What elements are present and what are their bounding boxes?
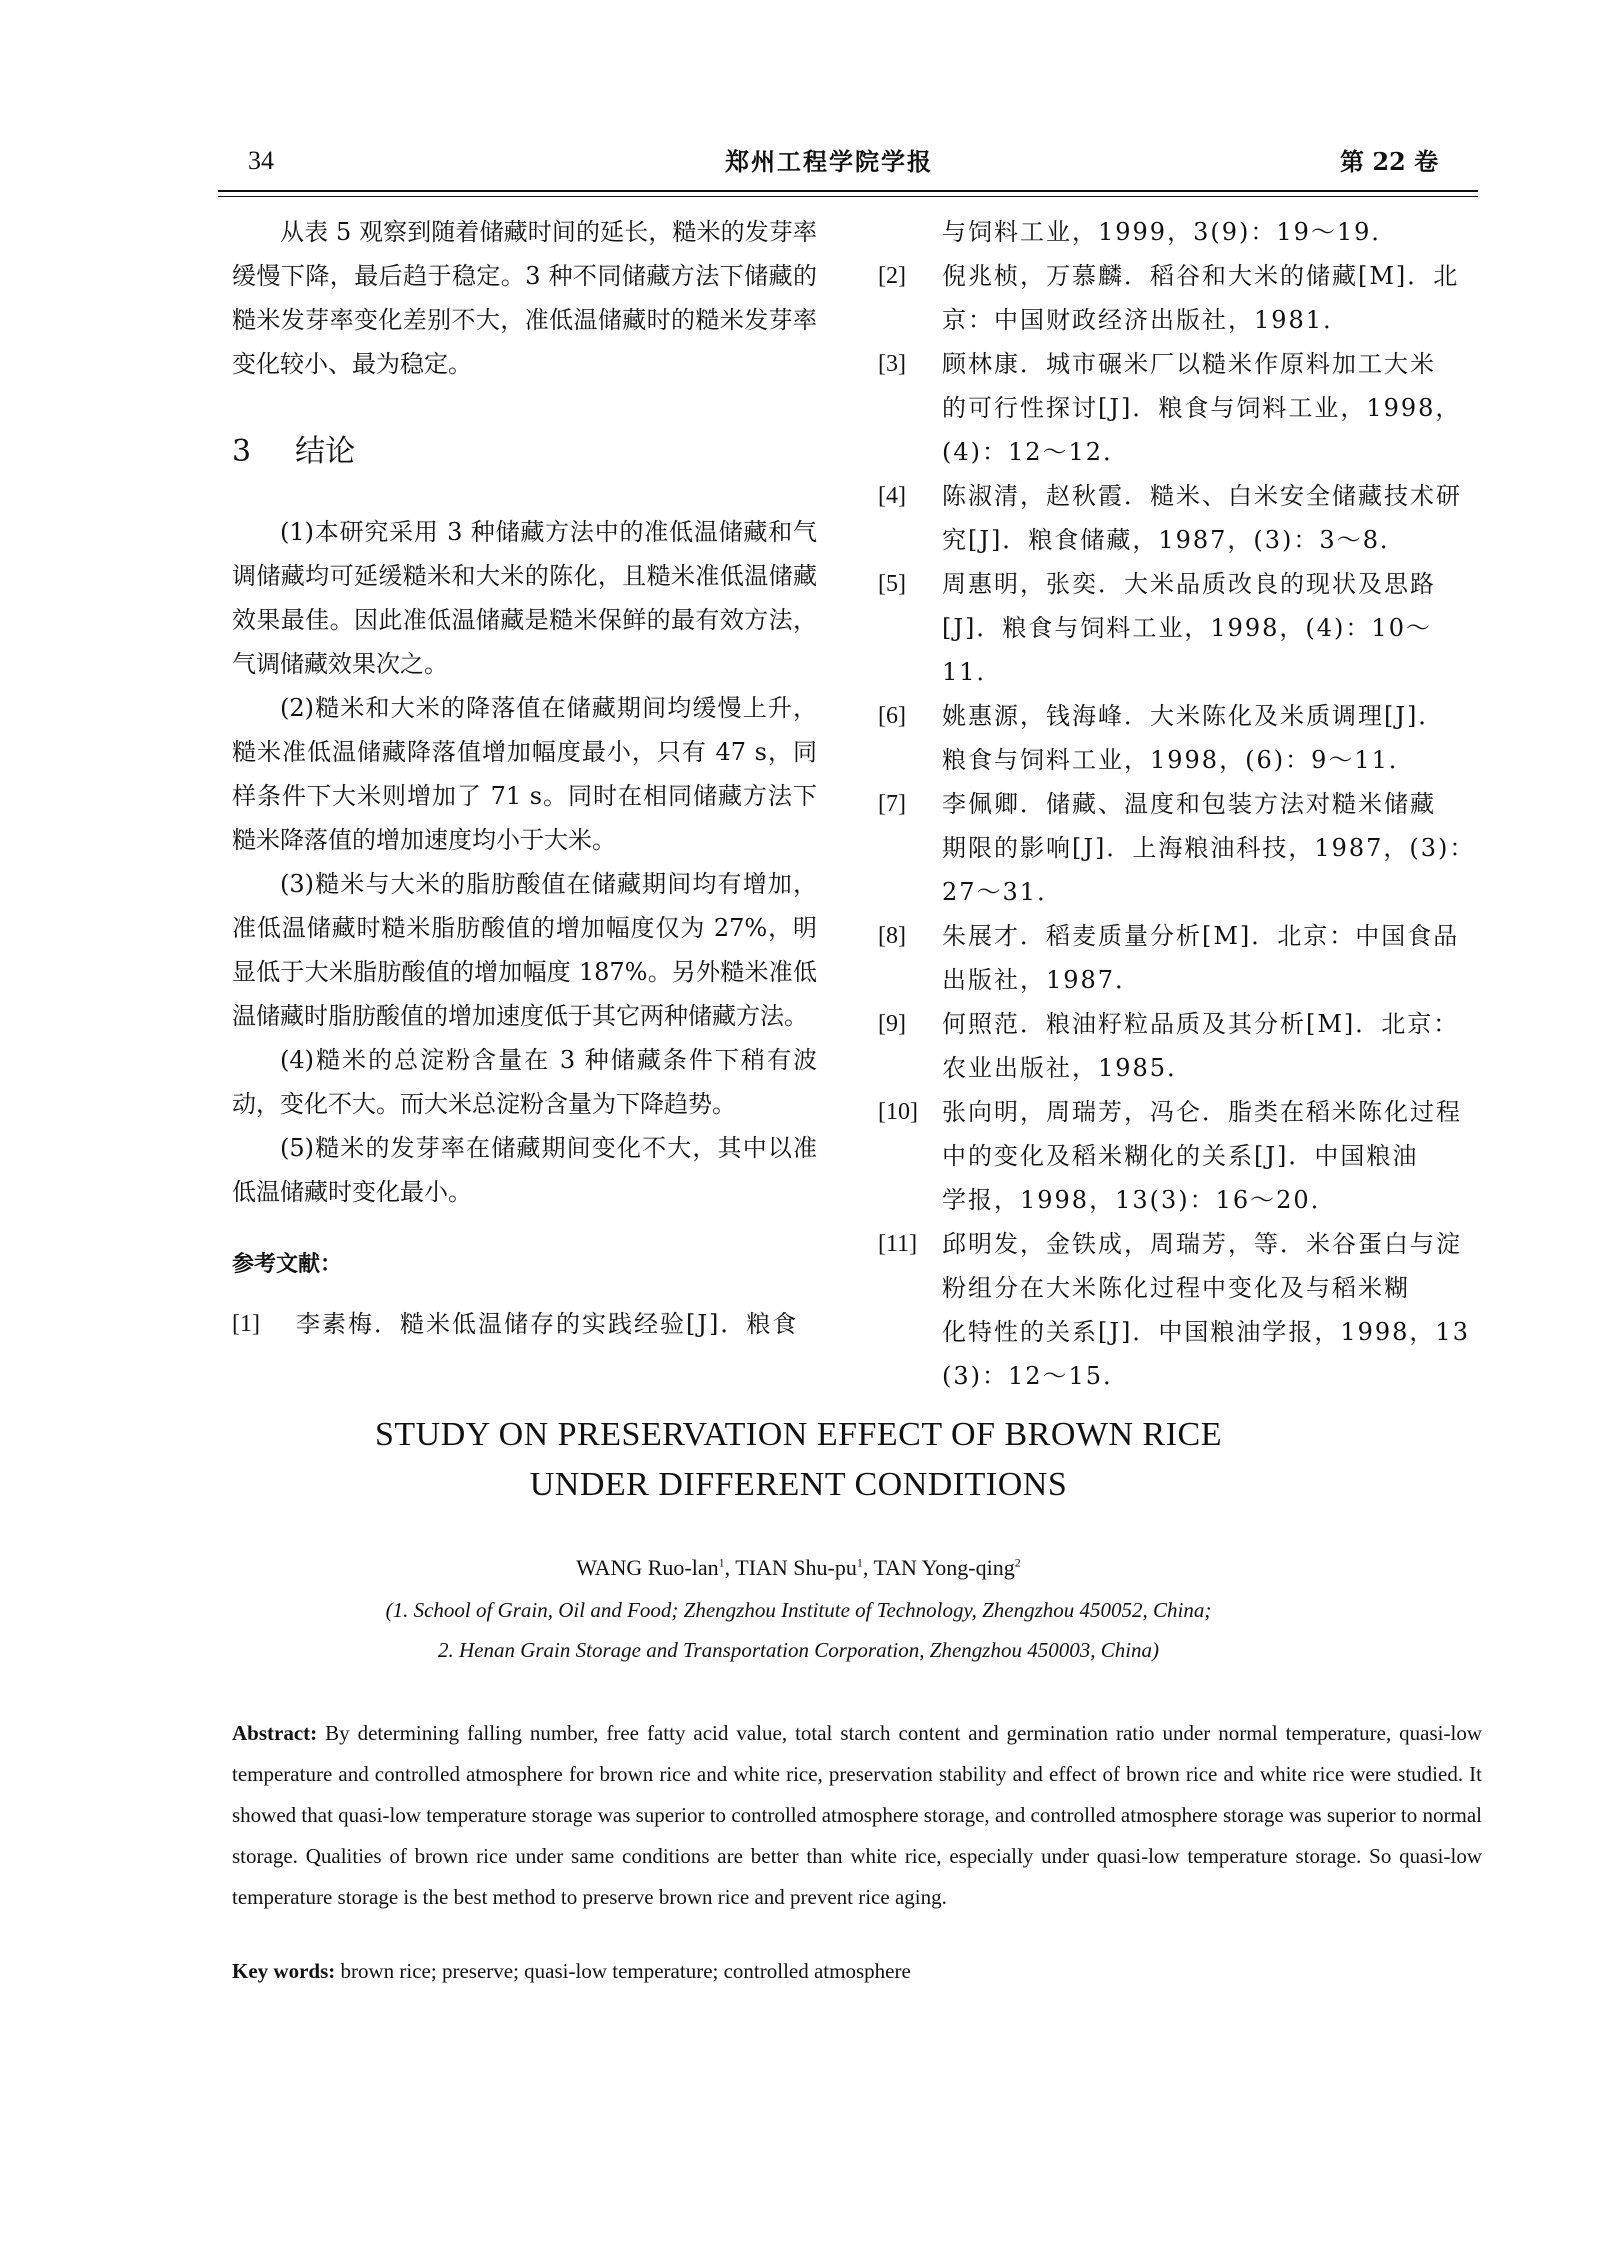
conclusion-4: (4)糙米的总淀粉含量在 3 种储藏条件下稍有波动，变化不大。而大米总淀粉含量为… — [232, 1038, 817, 1126]
reference-continuation: 究[J]．粮食储藏，1987，(3)：3～8． — [878, 518, 1488, 562]
section-number: 3 — [232, 430, 251, 474]
conclusion-5: (5)糙米的发芽率在储藏期间变化不大，其中以准低温储藏时变化最小。 — [232, 1126, 817, 1214]
keywords: Key words: brown rice; preserve; quasi-l… — [232, 1959, 1482, 1984]
reference-item: [4]陈淑清，赵秋霞．糙米、白米安全储藏技术研 — [878, 474, 1488, 518]
english-title-line1: STUDY ON PRESERVATION EFFECT OF BROWN RI… — [0, 1410, 1597, 1460]
reference-continuation: 与饲料工业，1999，3(9)：19～19． — [878, 210, 1488, 254]
reference-continuation: 期限的影响[J]．上海粮油科技，1987，(3)： — [878, 826, 1488, 870]
section-heading: 3 结论 — [232, 430, 817, 474]
reference-continuation: 27～31． — [878, 870, 1488, 914]
reference-item: [10]张向明，周瑞芳，冯仑．脂类在稻米陈化过程 — [878, 1090, 1488, 1134]
reference-item: [3]顾林康．城市碾米厂以糙米作原料加工大米 — [878, 342, 1488, 386]
conclusion-3: (3)糙米与大米的脂肪酸值在储藏期间均有增加，准低温储藏时糙米脂肪酸值的增加幅度… — [232, 862, 817, 1038]
reference-number: [10] — [878, 1090, 942, 1134]
author-name: TAN Yong-qing — [873, 1555, 1014, 1580]
reference-item: [5]周惠明，张奕．大米品质改良的现状及思路 — [878, 562, 1488, 606]
journal-title: 郑州工程学院学报 — [725, 142, 933, 177]
affiliations: (1. School of Grain, Oil and Food; Zheng… — [0, 1590, 1597, 1670]
author-affiliation-mark: 2 — [1015, 1556, 1021, 1570]
conclusion-1: (1)本研究采用 3 种储藏方法中的准低温储藏和气调储藏均可延缓糙米和大米的陈化… — [232, 510, 817, 686]
reference-continuation: 京：中国财政经济出版社，1981． — [878, 298, 1488, 342]
reference-number: [8] — [878, 914, 942, 958]
section-title: 结论 — [295, 430, 355, 474]
abstract-text: By determining falling number, free fatt… — [232, 1721, 1482, 1909]
abstract-label: Abstract: — [232, 1721, 317, 1745]
reference-continuation: (3)：12～15． — [878, 1354, 1488, 1398]
english-title-line2: UNDER DIFFERENT CONDITIONS — [0, 1460, 1597, 1510]
reference-item: [1] 李素梅．糙米低温储存的实践经验[J]．粮食 — [232, 1302, 817, 1346]
header-rule — [218, 190, 1478, 197]
page-number: 34 — [248, 146, 274, 176]
reference-continuation: 粮食与饲料工业，1998，(6)：9～11． — [878, 738, 1488, 782]
reference-text: 姚惠源，钱海峰．大米陈化及米质调理[J]． — [942, 694, 1488, 738]
reference-continuation: 学报，1998，13(3)：16～20． — [878, 1178, 1488, 1222]
author-affiliation-mark: 1 — [719, 1556, 725, 1570]
right-column: 与饲料工业，1999，3(9)：19～19． [2]倪兆桢，万慕麟．稻谷和大米的… — [878, 210, 1488, 1398]
reference-number: [2] — [878, 254, 942, 298]
english-title: STUDY ON PRESERVATION EFFECT OF BROWN RI… — [0, 1410, 1597, 1510]
reference-text: 陈淑清，赵秋霞．糙米、白米安全储藏技术研 — [942, 474, 1488, 518]
reference-number: [7] — [878, 782, 942, 826]
keywords-label: Key words: — [232, 1959, 335, 1983]
reference-item: [11]邱明发，金铁成，周瑞芳，等．米谷蛋白与淀 — [878, 1222, 1488, 1266]
reference-continuation: (4)：12～12． — [878, 430, 1488, 474]
reference-continuation: 的可行性探讨[J]．粮食与饲料工业，1998， — [878, 386, 1488, 430]
reference-number: [6] — [878, 694, 942, 738]
reference-number: [11] — [878, 1222, 942, 1266]
reference-text: 邱明发，金铁成，周瑞芳，等．米谷蛋白与淀 — [942, 1222, 1488, 1266]
reference-text: 周惠明，张奕．大米品质改良的现状及思路 — [942, 562, 1488, 606]
reference-continuation: 农业出版社，1985． — [878, 1046, 1488, 1090]
left-column: 从表 5 观察到随着储藏时间的延长，糙米的发芽率缓慢下降，最后趋于稳定。3 种不… — [232, 210, 817, 1346]
author-list: WANG Ruo-lan1, TIAN Shu-pu1, TAN Yong-qi… — [0, 1555, 1597, 1581]
reference-item: [6]姚惠源，钱海峰．大米陈化及米质调理[J]． — [878, 694, 1488, 738]
reference-item: [9]何照范．粮油籽粒品质及其分析[M]．北京： — [878, 1002, 1488, 1046]
intro-paragraph: 从表 5 观察到随着储藏时间的延长，糙米的发芽率缓慢下降，最后趋于稳定。3 种不… — [232, 210, 817, 386]
reference-number: [5] — [878, 562, 942, 606]
reference-text: 李素梅．糙米低温储存的实践经验[J]．粮食 — [296, 1302, 817, 1346]
volume-label: 第 22 卷 — [1340, 142, 1438, 177]
reference-item: [8]朱展才．稻麦质量分析[M]．北京：中国食品 — [878, 914, 1488, 958]
reference-number: [9] — [878, 1002, 942, 1046]
author-name: WANG Ruo-lan — [576, 1555, 718, 1580]
reference-number: [1] — [232, 1302, 296, 1346]
references-heading: 参考文献： — [232, 1242, 817, 1286]
reference-continuation: 化特性的关系[J]．中国粮油学报，1998，13 — [878, 1310, 1488, 1354]
reference-text: 倪兆桢，万慕麟．稻谷和大米的储藏[M]．北 — [942, 254, 1488, 298]
reference-continuation: 出版社，1987． — [878, 958, 1488, 1002]
reference-continuation: 粉组分在大米陈化过程中变化及与稻米糊 — [878, 1266, 1488, 1310]
reference-continuation: [J]．粮食与饲料工业，1998，(4)：10～11． — [878, 606, 1488, 694]
english-abstract: Abstract: By determining falling number,… — [232, 1713, 1482, 1918]
reference-item: [2]倪兆桢，万慕麟．稻谷和大米的储藏[M]．北 — [878, 254, 1488, 298]
conclusion-2: (2)糙米和大米的降落值在储藏期间均缓慢上升，糙米准低温储藏降落值增加幅度最小，… — [232, 686, 817, 862]
reference-text: 顾林康．城市碾米厂以糙米作原料加工大米 — [942, 342, 1488, 386]
keywords-text: brown rice; preserve; quasi-low temperat… — [341, 1959, 911, 1983]
reference-text: 朱展才．稻麦质量分析[M]．北京：中国食品 — [942, 914, 1488, 958]
reference-item: [7]李佩卿．储藏、温度和包装方法对糙米储藏 — [878, 782, 1488, 826]
author-affiliation-mark: 1 — [857, 1556, 863, 1570]
author-name: TIAN Shu-pu — [735, 1555, 857, 1580]
affiliation-1: (1. School of Grain, Oil and Food; Zheng… — [0, 1590, 1597, 1630]
reference-text: 张向明，周瑞芳，冯仑．脂类在稻米陈化过程 — [942, 1090, 1488, 1134]
reference-text: 何照范．粮油籽粒品质及其分析[M]．北京： — [942, 1002, 1488, 1046]
affiliation-2: 2. Henan Grain Storage and Transportatio… — [0, 1630, 1597, 1670]
reference-number: [3] — [878, 342, 942, 386]
reference-text: 李佩卿．储藏、温度和包装方法对糙米储藏 — [942, 782, 1488, 826]
reference-number: [4] — [878, 474, 942, 518]
reference-continuation: 中的变化及稻米糊化的关系[J]．中国粮油 — [878, 1134, 1488, 1178]
